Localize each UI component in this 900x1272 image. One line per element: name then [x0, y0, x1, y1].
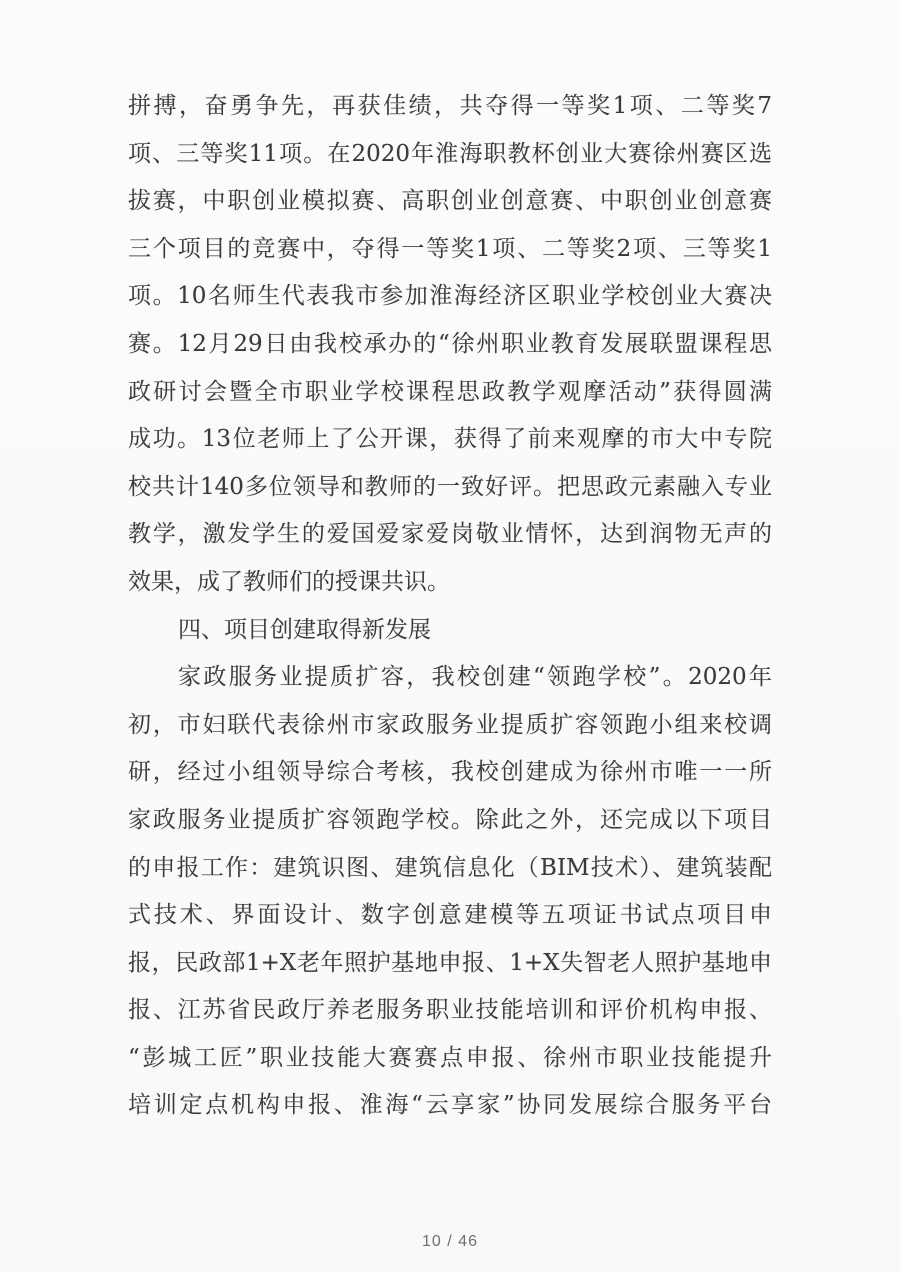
text-line: 教学，激发学生的爱国爱家爱岗敬业情怀，达到润物无声的 — [128, 511, 772, 559]
text-line: 项。10名师生代表我市参加淮海经济区职业学校创业大赛决 — [128, 273, 772, 321]
text-line: 研，经过小组领导综合考核，我校创建成为徐州市唯一一所 — [128, 749, 772, 797]
page-number: 10 / 46 — [0, 1233, 900, 1251]
text-line: 的申报工作：建筑识图、建筑信息化（BIM技术）、建筑装配 — [128, 845, 772, 893]
text-line: 三个项目的竞赛中，夺得一等奖1项、二等奖2项、三等奖1 — [128, 226, 772, 274]
text-line: 拼搏，奋勇争先，再获佳绩，共夺得一等奖1项、二等奖7 — [128, 83, 772, 131]
text-line: 成功。13位老师上了公开课，获得了前来观摩的市大中专院 — [128, 416, 772, 464]
document-body: 拼搏，奋勇争先，再获佳绩，共夺得一等奖1项、二等奖7项、三等奖11项。在2020… — [128, 83, 772, 1130]
text-line: 初，市妇联代表徐州市家政服务业提质扩容领跑小组来校调 — [128, 702, 772, 750]
text-line: 报、江苏省民政厅养老服务职业技能培训和评价机构申报、 — [128, 987, 772, 1035]
text-line: 报，民政部1+X老年照护基地申报、1+X失智老人照护基地申 — [128, 940, 772, 988]
text-line: 家政服务业提质扩容领跑学校。除此之外，还完成以下项目 — [128, 797, 772, 845]
text-line: “彭城工匠”职业技能大赛赛点申报、徐州市职业技能提升 — [128, 1035, 772, 1083]
text-line: 政研讨会暨全市职业学校课程思政教学观摩活动”获得圆满 — [128, 369, 772, 417]
text-line: 效果，成了教师们的授课共识。 — [128, 559, 772, 607]
text-line: 校共计140多位领导和教师的一致好评。把思政元素融入专业 — [128, 464, 772, 512]
text-line: 四、项目创建取得新发展 — [128, 607, 772, 655]
text-line: 赛。12月29日由我校承办的“徐州职业教育发展联盟课程思 — [128, 321, 772, 369]
text-line: 拔赛，中职创业模拟赛、高职创业创意赛、中职创业创意赛 — [128, 178, 772, 226]
text-line: 式技术、界面设计、数字创意建模等五项证书试点项目申 — [128, 892, 772, 940]
text-line: 项、三等奖11项。在2020年淮海职教杯创业大赛徐州赛区选 — [128, 131, 772, 179]
text-line: 培训定点机构申报、淮海“云享家”协同发展综合服务平台 — [128, 1082, 772, 1130]
document-page: 拼搏，奋勇争先，再获佳绩，共夺得一等奖1项、二等奖7项、三等奖11项。在2020… — [0, 0, 900, 1272]
text-line: 家政服务业提质扩容，我校创建“领跑学校”。2020年 — [128, 654, 772, 702]
